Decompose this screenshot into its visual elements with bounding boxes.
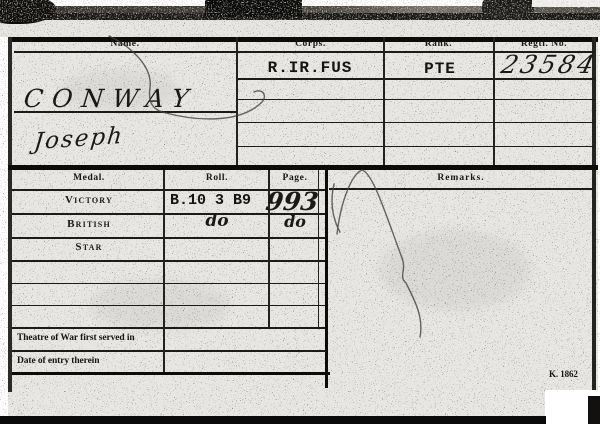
paper-smudge bbox=[380, 230, 530, 310]
scan-blob-topright bbox=[482, 0, 534, 20]
british-page-ditto: do bbox=[271, 212, 319, 231]
rank-column-header: Rank. bbox=[384, 39, 493, 49]
rule-table-bottom bbox=[12, 372, 330, 375]
regtl-no-value: 23584 bbox=[498, 50, 600, 79]
rule-theatre bbox=[12, 350, 328, 352]
scan-white-sliver-right bbox=[532, 0, 600, 7]
rule-corps-row4 bbox=[238, 146, 595, 147]
divider-name-corps bbox=[236, 37, 238, 166]
card-right-border bbox=[592, 37, 596, 400]
rank-value: PTE bbox=[390, 60, 490, 78]
rule-corps-row3 bbox=[238, 122, 595, 123]
form-number: K. 1862 bbox=[549, 369, 599, 379]
scan-bottom-band bbox=[0, 416, 546, 424]
rule-star bbox=[12, 260, 328, 262]
corps-column-header: Corps. bbox=[238, 39, 383, 49]
medal-table-header-medal: Medal. bbox=[14, 173, 164, 183]
scan-corner-blob bbox=[588, 396, 600, 424]
rule-remarks-underline bbox=[329, 188, 593, 190]
remarks-header: Remarks. bbox=[329, 173, 593, 183]
scan-blob-topmid bbox=[205, 0, 302, 17]
medal-table-header-roll: Roll. bbox=[166, 173, 268, 183]
corps-value: R.IR.FUS bbox=[240, 59, 380, 77]
victory-roll-value: B.10 3 B9 bbox=[170, 192, 251, 209]
medal-index-card-scan: Name. Corps. Rank. Regtl. No. CONWAY Jos… bbox=[0, 0, 600, 424]
rule-empty3 bbox=[12, 327, 328, 329]
surname-value: CONWAY bbox=[22, 84, 199, 113]
british-roll-ditto: do bbox=[166, 211, 268, 231]
divider-rank-regtl bbox=[493, 37, 495, 166]
rule-empty1 bbox=[12, 283, 328, 284]
medal-row-victory-label: Victory bbox=[14, 194, 164, 206]
date-of-entry-label: Date of entry therein bbox=[17, 356, 167, 366]
regtl-no-column-header: Regtl. No. bbox=[494, 39, 594, 49]
rule-corps-row2 bbox=[238, 99, 595, 100]
name-column-header: Name. bbox=[14, 39, 236, 49]
paper-strip-above-card bbox=[0, 20, 600, 37]
divider-corps-rank bbox=[383, 37, 385, 166]
medal-row-star-label: Star bbox=[14, 241, 164, 253]
medal-row-british-label: British bbox=[14, 218, 164, 230]
rule-british bbox=[12, 237, 328, 239]
divider-table-remarks bbox=[325, 165, 328, 388]
medal-table-header-page: Page. bbox=[271, 173, 319, 183]
section-divider bbox=[8, 165, 598, 170]
rule-empty2 bbox=[12, 305, 328, 306]
theatre-of-war-label: Theatre of War first served in bbox=[17, 333, 167, 343]
